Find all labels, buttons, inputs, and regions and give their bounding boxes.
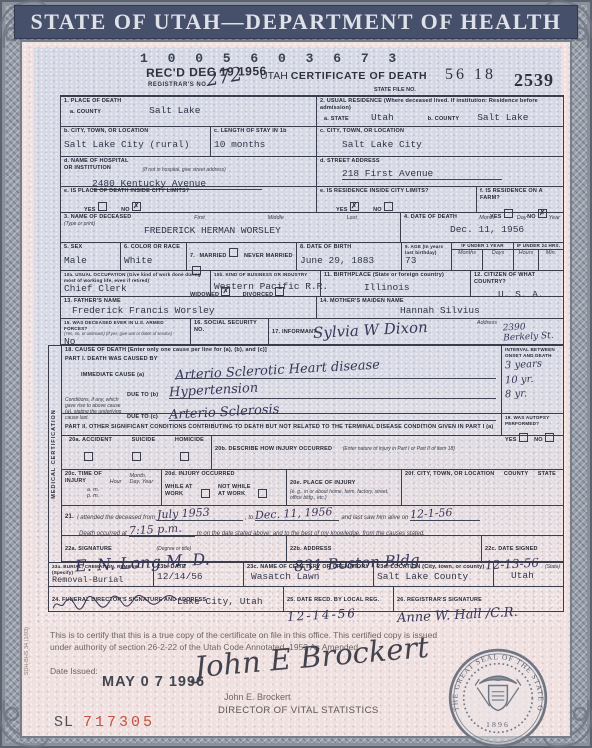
attended-mid-text: , to: [245, 515, 253, 521]
field-burial-state: (State) Utah: [494, 563, 563, 586]
field-color-race: 6. COLOR OR RACE White: [121, 243, 187, 270]
due-to-b-value: Hypertension: [169, 380, 259, 400]
item7-label: 7.: [190, 253, 195, 259]
residence-inside-limits-label: e. IS RESIDENCE INSIDE CITY LIMITS?: [320, 188, 473, 195]
row-attended: 21. I attended the deceased from July 19…: [62, 506, 563, 536]
occupation-label: 10a. USUAL OCCUPATION (Give kind of work…: [64, 272, 207, 283]
field-describe-injury: 20b. DESCRIBE HOW INJURY OCCURRED (Enter…: [212, 436, 563, 469]
accident-label: 20a. ACCIDENT: [69, 437, 112, 444]
autopsy-label: 19. WAS AUTOPSY PERFORMED?: [505, 415, 560, 426]
while-at-work-label: WHILE AT WORK: [165, 484, 199, 498]
mother-name-value: Hannah Silvius: [400, 305, 560, 316]
field-autopsy: 19. WAS AUTOPSY PERFORMED? YES NO: [502, 414, 563, 435]
pm-label: p. m.: [87, 493, 158, 499]
field-father-name: 13. FATHER'S NAME Frederick Francis Wors…: [61, 297, 317, 318]
mdy-label: Month, Day, Year: [130, 473, 158, 485]
form-section-personal: 1. PLACE OF DEATH a. COUNTY Salt Lake 2.…: [60, 95, 564, 345]
county-value: Salt Lake: [149, 105, 200, 116]
state-file-code: 56 18: [445, 66, 496, 84]
certificate-title-main: CERTIFICATE OF DEATH: [291, 70, 427, 82]
part2-label: PART II. OTHER SIGNIFICANT CONDITIONS CO…: [65, 424, 493, 430]
field-registrar-signature: 26. REGISTRAR'S SIGNATURE Anne W. Hall /…: [394, 587, 563, 611]
field-armed-forces: 15. WAS DECEASED EVER IN U.S. ARMED FORC…: [61, 319, 191, 344]
year-label: Year: [549, 215, 560, 221]
due-to-b-label: DUE TO (b): [127, 392, 167, 399]
field-burial-location: 23d. LOCATION (City, town, or county) Sa…: [374, 563, 494, 586]
color-race-label: 6. COLOR OR RACE: [124, 244, 183, 251]
registrars-no-label: REGISTRAR'S NO.: [148, 82, 209, 88]
place-of-death-label: 1. PLACE OF DEATH: [64, 98, 313, 105]
father-name-value: Frederick Francis Worsley: [72, 305, 313, 316]
row-burial: 23a. BURIAL, CREMATION, REMOVAL (Specify…: [49, 563, 563, 587]
physician-signature-label: 22a. SIGNATURE: [65, 546, 112, 552]
medical-certification-strip: MEDICAL CERTIFICATION: [49, 346, 62, 562]
death-city-value: Salt Lake City (rural): [64, 139, 207, 150]
residence-limits-yes-checkbox: ✗: [350, 202, 359, 211]
field-name-of-deceased: 3. NAME OF DECEASED First Middle Last (T…: [61, 213, 401, 242]
row-injury-details: 20c. TIME OF INJURY Hour Month, Day, Yea…: [62, 470, 563, 506]
field-date-signed: 22c. DATE SIGNED 12-13-56: [482, 536, 563, 561]
length-of-stay-label: c. LENGTH OF STAY IN 1b: [214, 128, 313, 135]
describe-injury-label: 20b. DESCRIBE HOW INJURY OCCURRED: [215, 446, 332, 452]
field-mother-name: 14. MOTHER'S MAIDEN NAME Hannah Silvius: [317, 297, 563, 318]
burial-location-value: Salt Lake County: [377, 571, 490, 582]
date-issued-stamp: MAY 0 7 1996: [102, 674, 205, 690]
injury-city-label: 20f. CITY, TOWN, OR LOCATION: [405, 471, 494, 478]
while-at-work-checkbox: [201, 489, 210, 498]
field-burial-date: 23b. DATE 12/14/56: [154, 563, 244, 586]
field-physician-address: 22b. ADDRESS 831 Boston Bldg: [287, 536, 482, 561]
certified-copy-line1: This is to certify that this is a true c…: [50, 630, 520, 642]
informant-value: Sylvia W Dixon: [313, 318, 428, 342]
under-1-year-label: IF UNDER 1 YEAR: [452, 243, 513, 250]
min-label: Min.: [539, 250, 563, 270]
field-date-of-birth: 8. DATE OF BIRTH June 29, 1883: [297, 243, 402, 270]
not-while-at-work-label: NOT WHILE AT WORK: [218, 484, 256, 498]
sex-value: Male: [64, 255, 117, 266]
street-address-value: 218 First Avenue: [342, 168, 502, 180]
field-death-inside-limits: e. IS PLACE OF DEATH INSIDE CITY LIMITS?…: [61, 187, 317, 212]
name-of-deceased-label: 3. NAME OF DECEASED: [64, 214, 131, 221]
homicide-label: HOMICIDE: [175, 437, 204, 444]
cemetery-label: 23c. NAME OF CEMETERY OR CREMATORY: [247, 564, 370, 571]
state-file-no-label: STATE FILE NO.: [374, 87, 416, 93]
row-occupation: 10a. USUAL OCCUPATION (Give kind of work…: [61, 271, 563, 297]
months-label: Months: [452, 250, 483, 270]
field-ssn: 16. SOCIAL SECURITY NO.: [191, 319, 269, 344]
date-signed-label: 22c. DATE SIGNED: [485, 546, 538, 552]
place-of-injury-label: 20e. PLACE OF INJURY: [290, 480, 356, 486]
field-interval: INTERVAL BETWEEN ONSET AND DEATH 3 years…: [502, 346, 563, 413]
deceased-name-value: FREDERICK HERMAN WORSLEY: [144, 225, 397, 236]
describe-injury-note: (Enter nature of injury in Part I or Par…: [343, 446, 455, 452]
form-code-vertical: SDH-BHS 34 (1/93): [22, 627, 34, 737]
mother-name-label: 14. MOTHER'S MAIDEN NAME: [320, 298, 560, 305]
row-name-deathdate: 3. NAME OF DECEASED First Middle Last (T…: [61, 213, 563, 243]
attended-pre-text: I attended the deceased from: [77, 515, 155, 521]
field-date-of-death: 4. DATE OF DEATH Month Day Year Dec. 11,…: [401, 213, 563, 242]
item21-number: 21.: [65, 514, 74, 522]
document-control-number: SL 717305: [54, 714, 155, 731]
field-sex: 5. SEX Male: [61, 243, 121, 270]
row-part2-autopsy: PART II. OTHER SIGNIFICANT CONDITIONS CO…: [62, 414, 563, 436]
field-physician-signature: 22a. SIGNATURE (Degree or title) E. N. L…: [62, 536, 287, 561]
accident-checkbox: [84, 452, 93, 461]
field-marital-status: 7. MARRIED NEVER MARRIED WIDOWED✗ DIVORC…: [187, 243, 297, 270]
field-death-city: b. CITY, TOWN, OR LOCATION Salt Lake Cit…: [61, 127, 211, 156]
row-sex-race-marital: 5. SEX Male 6. COLOR OR RACE White 7. MA…: [61, 243, 563, 271]
business-value: Western Pacific R.R.: [214, 281, 317, 292]
married-label: MARRIED: [199, 253, 226, 259]
registrar-signature-label: 26. REGISTRAR'S SIGNATURE: [397, 597, 482, 603]
sex-label: 5. SEX: [64, 244, 117, 251]
date-of-death-value: Dec. 11, 1956: [450, 224, 560, 235]
control-number-value: 717305: [83, 714, 155, 731]
date-issued-label: Date Issued:: [50, 666, 98, 676]
field-under-1-year: IF UNDER 1 YEAR Months Days: [452, 243, 514, 270]
field-hospital: d. NAME OF HOSPITAL OR INSTITUTION (If n…: [61, 157, 317, 186]
citizen-label: 12. CITIZEN OF WHAT COUNTRY?: [474, 272, 560, 286]
document-serial-number: 1 0 0 5 6 0 3 6 7 3: [140, 51, 402, 66]
informant-address-label: Address: [477, 320, 497, 326]
row-accident: 20a. ACCIDENT SUICIDE HOMICIDE 2: [62, 436, 563, 470]
date-received-value: 12-14-56: [287, 606, 358, 624]
row-hospital-street: d. NAME OF HOSPITAL OR INSTITUTION (If n…: [61, 157, 563, 187]
field-injury-occurred: 20d. INJURY OCCURRED WHILE AT WORK NOT W…: [162, 470, 287, 505]
immediate-cause-label: IMMEDIATE CAUSE (a): [65, 372, 173, 379]
field-residence-inside-limits: e. IS RESIDENCE INSIDE CITY LIMITS? YES✗…: [317, 187, 477, 212]
no-label: NO: [121, 207, 130, 213]
age-label: 9. AGE (In years last birthday): [405, 244, 448, 255]
date-of-birth-label: 8. DATE OF BIRTH: [300, 244, 398, 251]
date-received-label: 25. DATE RECD. BY LOCAL REG.: [287, 597, 379, 603]
state-file-number: 2539: [514, 70, 554, 91]
part1-label: PART I. DEATH WAS CAUSED BY: [65, 356, 173, 363]
residence-city-label: c. CITY, TOWN, OR LOCATION: [320, 128, 560, 135]
physician-address-label: 22b. ADDRESS: [290, 546, 332, 552]
field-part2: PART II. OTHER SIGNIFICANT CONDITIONS CO…: [62, 414, 502, 435]
business-label: 10b. KIND OF BUSINESS OR INDUSTRY: [214, 272, 317, 278]
death-certificate-form: 1. PLACE OF DEATH a. COUNTY Salt Lake 2.…: [48, 95, 564, 612]
burial-state-value: Utah: [511, 570, 560, 581]
field-manner: 20a. ACCIDENT SUICIDE HOMICIDE: [62, 436, 212, 469]
field-cause-of-death: 18. CAUSE OF DEATH [Enter only one cause…: [62, 346, 502, 413]
occupation-value: Chief Clerk: [64, 283, 207, 294]
field-place-of-injury: 20e. PLACE OF INJURY (e. g., in or about…: [287, 470, 402, 505]
burial-location-label: 23d. LOCATION (City, town, or county): [377, 564, 490, 571]
father-name-label: 13. FATHER'S NAME: [64, 298, 313, 305]
not-while-at-work-checkbox: [258, 489, 267, 498]
ssn-label: 16. SOCIAL SECURITY NO.: [194, 320, 265, 334]
field-time-of-injury: 20c. TIME OF INJURY Hour Month, Day, Yea…: [62, 470, 162, 505]
state-health-banner: STATE OF UTAH—DEPARTMENT OF HEALTH: [14, 5, 578, 39]
residence-state-value: Utah: [371, 112, 394, 123]
place-of-injury-note: (e. g., in or about home, farm, factory,…: [290, 489, 398, 501]
row-place-residence: 1. PLACE OF DEATH a. COUNTY Salt Lake 2.…: [61, 97, 563, 127]
residence-county-value: Salt Lake: [477, 112, 528, 123]
no-label: NO: [373, 207, 382, 213]
residence-limits-no-checkbox: [384, 202, 393, 211]
death-time-value: 7:15 p.m.: [128, 522, 181, 538]
field-citizen: 12. CITIZEN OF WHAT COUNTRY? U. S. A.: [471, 271, 563, 296]
registrar-signature-value: Anne W. Hall /C.R.: [397, 605, 518, 626]
length-of-stay-value: 10 months: [214, 139, 313, 150]
married-checkbox: [229, 248, 238, 257]
residence-county-label: b. COUNTY: [428, 116, 459, 123]
row-director-registrar: 24. FUNERAL DIRECTOR'S SIGNATURE AND ADD…: [49, 587, 563, 611]
row-parents: 13. FATHER'S NAME Frederick Francis Wors…: [61, 297, 563, 319]
month-label: Month: [479, 215, 494, 221]
director-printed-name: John E. Brockert: [224, 692, 291, 702]
field-usual-residence: 2. USUAL RESIDENCE (Where deceased lived…: [317, 97, 563, 126]
form-section-medical: MEDICAL CERTIFICATION 18. CAUSE OF DEATH…: [48, 345, 564, 562]
field-informant: 17. INFORMANT Address Sylvia W Dixon 239…: [269, 319, 563, 344]
date-of-death-label: 4. DATE OF DEATH: [404, 214, 457, 221]
last-seen-value: 12-1-56: [410, 506, 453, 521]
hour-label: Hour: [110, 479, 122, 485]
attended-from-value: July 1953: [157, 506, 210, 522]
row-cause-of-death: 18. CAUSE OF DEATH [Enter only one cause…: [62, 346, 563, 414]
medical-certification-label: MEDICAL CERTIFICATION: [51, 409, 57, 499]
street-address-label: d. STREET ADDRESS: [320, 158, 560, 165]
field-length-of-stay: c. LENGTH OF STAY IN 1b 10 months: [211, 127, 317, 156]
certificate-paper: 1 0 0 5 6 0 3 6 7 3 REC'D DEC 19 1956 RE…: [22, 42, 570, 736]
hospital-note: (If not in hospital, give street address…: [142, 167, 225, 173]
death-inside-limits-label: e. IS PLACE OF DEATH INSIDE CITY LIMITS?: [64, 188, 313, 195]
funeral-director-address-value: Lake City, Utah: [177, 596, 263, 607]
burial-type-label: 23a. BURIAL, CREMATION, REMOVAL (Specify…: [52, 564, 150, 575]
days-label: Days: [483, 250, 513, 270]
injury-state-label: STATE: [538, 471, 556, 478]
death-city-label: b. CITY, TOWN, OR LOCATION: [64, 128, 207, 135]
field-place-of-death: 1. PLACE OF DEATH a. COUNTY Salt Lake: [61, 97, 317, 126]
interval-a-value: 3 years: [505, 358, 561, 372]
informant-address-value: 2390 Berkely St.: [503, 321, 562, 344]
armed-forces-label: 15. WAS DECEASED EVER IN U.S. ARMED FORC…: [64, 320, 187, 331]
field-burial-type: 23a. BURIAL, CREMATION, REMOVAL (Specify…: [49, 563, 154, 586]
field-residence-on-farm: f. IS RESIDENCE ON A FARM? YES NO✗: [477, 187, 563, 212]
field-street-address: d. STREET ADDRESS 218 First Avenue: [317, 157, 563, 186]
field-birthplace: 11. BIRTHPLACE (State or foreign country…: [321, 271, 471, 296]
birthplace-value: Illinois: [364, 282, 467, 293]
funeral-director-signature-scribble: [51, 590, 180, 613]
death-limits-no-checkbox: ✗: [132, 202, 141, 211]
color-race-value: White: [124, 255, 183, 266]
field-residence-city: c. CITY, TOWN, OR LOCATION Salt Lake Cit…: [317, 127, 563, 156]
homicide-checkbox: [180, 452, 189, 461]
control-number-prefix: SL: [54, 714, 74, 731]
field-date-received: 25. DATE RECD. BY LOCAL REG. 12-14-56: [284, 587, 394, 611]
certificate-title-utah: UTAH: [260, 70, 291, 82]
certificate-title: UTAH CERTIFICATE OF DEATH: [260, 70, 427, 82]
suicide-label: SUICIDE: [132, 437, 156, 444]
row-city-stay: b. CITY, TOWN, OR LOCATION Salt Lake Cit…: [61, 127, 563, 157]
form-code-text: SDH-BHS 34 (1/93): [24, 627, 30, 675]
injury-county-label: COUNTY: [504, 471, 528, 478]
date-of-birth-value: June 29, 1883: [300, 255, 398, 266]
field-cemetery: 23c. NAME OF CEMETERY OR CREMATORY Wasat…: [244, 563, 374, 586]
hours-label: Hours: [514, 250, 539, 270]
field-under-24-hrs: IF UNDER 24 HRS. Hours Min.: [514, 243, 563, 270]
yes-label: YES: [84, 207, 96, 213]
row-forces-ssn-informant: 15. WAS DECEASED EVER IN U.S. ARMED FORC…: [61, 319, 563, 345]
certificate-page: STATE OF UTAH—DEPARTMENT OF HEALTH 1 0 0…: [0, 0, 592, 748]
field-funeral-director: 24. FUNERAL DIRECTOR'S SIGNATURE AND ADD…: [49, 587, 284, 611]
interval-c-value: 8 yr.: [505, 387, 561, 401]
field-occupation: 10a. USUAL OCCUPATION (Give kind of work…: [61, 271, 211, 296]
residence-on-farm-label: f. IS RESIDENCE ON A FARM?: [480, 188, 560, 202]
field-business: 10b. KIND OF BUSINESS OR INDUSTRY Wester…: [211, 271, 321, 296]
never-married-label: NEVER MARRIED: [244, 253, 293, 259]
injury-occurred-label: 20d. INJURY OCCURRED: [165, 471, 283, 478]
birthplace-label: 11. BIRTHPLACE (State or foreign country…: [324, 272, 467, 279]
residence-state-label: a. STATE: [324, 116, 349, 123]
usual-residence-label: 2. USUAL RESIDENCE (Where deceased lived…: [320, 98, 560, 112]
burial-date-label: 23b. DATE: [157, 564, 240, 571]
age-value: 73: [405, 255, 448, 266]
attended-post-text: and last saw him alive on: [341, 515, 408, 521]
field-age: 9. AGE (In years last birthday) 73: [402, 243, 452, 270]
director-title: DIRECTOR OF VITAL STATISTICS: [218, 705, 379, 716]
attended-to-value: Dec. 11, 1956: [255, 505, 333, 522]
death-limits-yes-checkbox: [98, 202, 107, 211]
cause-of-death-label: 18. CAUSE OF DEATH [Enter only one cause…: [65, 347, 498, 354]
banner-title: STATE OF UTAH—DEPARTMENT OF HEALTH: [30, 9, 561, 35]
under-24-hrs-label: IF UNDER 24 HRS.: [514, 243, 563, 250]
hospital-label: d. NAME OF HOSPITAL OR INSTITUTION: [64, 158, 138, 172]
informant-label: 17. INFORMANT: [272, 329, 317, 335]
day-label: Day: [517, 215, 527, 221]
suicide-checkbox: [132, 452, 141, 461]
burial-date-value: 12/14/56: [157, 571, 240, 582]
field-injury-location: 20f. CITY, TOWN, OR LOCATION COUNTY STAT…: [402, 470, 563, 505]
interval-label: INTERVAL BETWEEN ONSET AND DEATH: [505, 347, 560, 358]
time-of-injury-label: 20c. TIME OF INJURY: [65, 471, 106, 485]
form-section-disposition: 23a. BURIAL, CREMATION, REMOVAL (Specify…: [48, 562, 564, 612]
seal-year: 1896: [486, 720, 510, 729]
great-seal-of-utah: THE GREAT SEAL OF THE STATE OF UTAH 1896: [446, 646, 550, 748]
yes-label: YES: [336, 207, 348, 213]
row-physician: 22a. SIGNATURE (Degree or title) E. N. L…: [62, 536, 563, 562]
cemetery-value: Wasatch Lawn: [251, 571, 370, 582]
burial-type-value: Removal-Burial: [52, 575, 150, 585]
county-label: a. COUNTY: [70, 109, 101, 116]
medical-rows: 18. CAUSE OF DEATH [Enter only one cause…: [62, 346, 563, 562]
residence-city-value: Salt Lake City: [342, 139, 560, 150]
row-city-limits: e. IS PLACE OF DEATH INSIDE CITY LIMITS?…: [61, 187, 563, 213]
interval-b-value: 10 yr.: [505, 373, 561, 387]
